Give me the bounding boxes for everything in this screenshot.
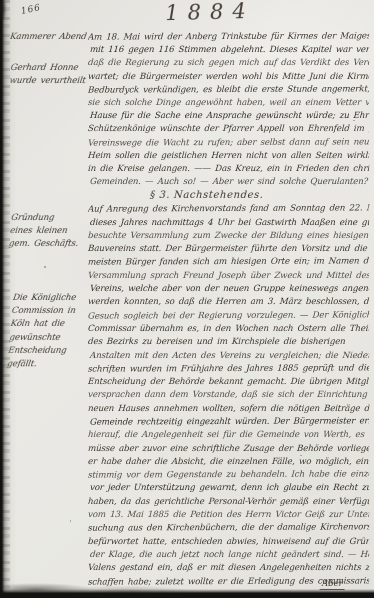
handwritten-line: eines kleinen [9,225,88,238]
handwritten-line: des Bezirks zu bereisen und im Kirchspie… [88,336,370,349]
handwritten-line: vor jeder Unterstützung gewarnt, denn ic… [88,482,370,495]
manuscript-page: 166 1884 Kammerer Abend. Gerhard Honnewu… [0,0,374,598]
handwritten-line: hierauf, die Angelegenheit sei für die G… [88,429,370,442]
handwritten-line: wurde verurtheilt. [9,75,88,88]
handwritten-line: gem. Geschäfts. [8,238,87,251]
handwritten-line: Bauvereins statt. Der Bürgermeister führ… [88,243,370,256]
handwritten-line: Versammlung sprach Freund Joseph über Zw… [88,270,370,283]
handwritten-line: Gesuch sogleich bei der Regierung vorzul… [88,309,370,324]
margin-note: Gerhard Honnewurde verurtheilt. [9,62,88,88]
handwritten-line: daß die Regierung zu sich gegen mich auf… [88,57,370,70]
handwritten-line: schriften wurden im Frühjahre des Jahres… [88,362,370,377]
handwritten-line: Gerhard Honne [10,62,89,75]
handwritten-line: vom 13. Mai 1885 die Petition des Herrn … [88,509,370,522]
body-text-column: Am 18. Mai wird der Anberg Trinkstube fü… [88,31,369,589]
handwritten-line: Am 18. Mai wird der Anberg Trinkstube fü… [88,30,370,44]
handwritten-line: Vereins, welche aber von der neuen Grupp… [88,283,370,296]
margin-note: Gründungeines kleinengem. Geschäfts. [8,212,88,252]
handwritten-line: dieses Jahres nachmittags 4 Uhr bei Gast… [88,217,370,230]
handwritten-line: Schützenkönige wünschte der Pfarrer Appe… [88,123,370,136]
margin-note: Die KöniglicheCommission inKöln hat dieg… [7,292,91,371]
ink-speck [44,266,46,268]
handwritten-line: Gründung [10,212,89,225]
handwritten-line: Kammerer Abend. [9,31,87,44]
year-heading: 1884 [108,0,313,27]
handwritten-line: gefällt. [7,358,86,371]
handwritten-line: stimmig vor dem Gegenstande zu behandeln… [88,469,370,484]
handwritten-line: gewünschte [8,332,87,345]
bottom-scan-edge [0,589,374,598]
handwritten-line: Gemeinden. — Auch so! — Aber wer sind so… [88,176,370,189]
handwritten-line: Gemeinde rechtzeitig eingezahlt würden. … [88,415,370,430]
section-2-body: Auf Anregung des Kirchenvorstands fand a… [88,203,369,589]
handwritten-line: Hause für die Sache eine Ansprache gewün… [88,110,370,123]
handwritten-line: Die Königliche [12,292,91,305]
handwritten-line: suchung aus den Kirchenbüchern, die der … [88,522,370,537]
handwritten-line: Anstalten mit den Acten des Vereins zu v… [88,350,370,363]
handwritten-line: haben, da das gerichtliche Personal-Verh… [88,496,370,509]
section-1-body: Am 18. Mai wird der Anberg Trinkstube fü… [88,31,369,189]
handwritten-line: Köln hat die [10,318,89,331]
handwritten-line: neuen Hauses annehmen wollten, sofern di… [88,403,370,416]
handwritten-line: Entscheidung der Behörde bekannt gemacht… [88,376,370,389]
handwritten-line: sie sich solche Dinge angewöhnt haben, w… [88,97,370,110]
handwritten-line: müsse aber zuvor eine schriftliche Zusag… [88,443,370,456]
margin-note: Kammerer Abend. [9,31,87,44]
handwritten-line: in die Kreise gelangen. —— Das Kreuz, ei… [88,163,370,176]
handwritten-line: Bedburdyck verkündigen, es bleibt die er… [88,83,370,97]
binding-edge [0,0,17,598]
handwritten-line: Auf Anregung des Kirchenvorstands fand a… [88,203,370,218]
folio-number: 166 [20,3,42,17]
ink-speck [70,520,71,522]
handwritten-line: Vereinswege die Wacht zu rufen; aber sel… [88,136,370,150]
handwritten-line: meisten Bürger fanden sich am hiesigen O… [88,256,370,271]
handwritten-line: der Klage, die auch jetzt noch lange nic… [88,549,370,562]
handwritten-line: versprachen dann dem Vorstande, daß sie … [88,389,370,402]
handwritten-line: Commission in [11,305,90,318]
handwritten-line: besuchte Versammlung zum Zwecke der Bild… [88,230,370,243]
handwritten-line: befürwortet hatte, entschieden abwies, h… [88,536,370,549]
handwritten-line: Heim sollen die geistlichen Herren nicht… [88,150,370,163]
handwritten-line: Commissar übernahm es, in den Wochen nac… [88,323,370,336]
handwritten-line: mit 116 gegen 116 Stimmen abgelehnt. Die… [88,44,370,57]
handwritten-line: er habe daher die Absicht, die einzelnen… [88,456,370,469]
page-corner-shadow [0,0,12,30]
section-heading: § 3. Nachstehendes. [88,189,370,203]
handwritten-line: werden konnten, so daß die Herren am 3. … [88,296,370,309]
handwritten-line: Entscheidung [7,345,86,358]
handwritten-line: wartet; die Bürgermeister werden wohl bi… [88,71,370,84]
